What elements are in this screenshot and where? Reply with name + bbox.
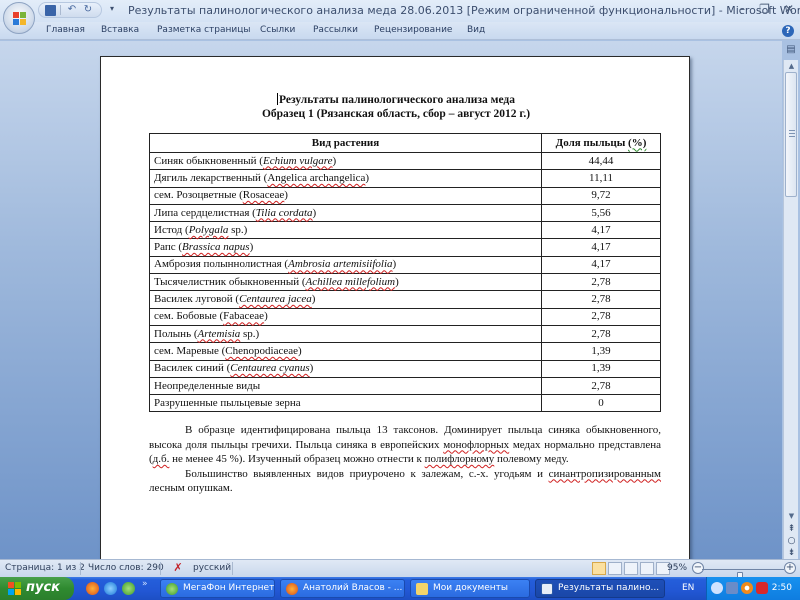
latin-name: Achillea millefolium	[306, 276, 396, 288]
body-text: В образце идентифицирована пыльца 13 так…	[149, 423, 661, 496]
zoom-out-button[interactable]: −	[692, 562, 704, 574]
folder-icon	[416, 583, 428, 595]
species-cell: Тысячелистник обыкновенный (Achillea mil…	[150, 274, 542, 291]
latin-name: Echium vulgare	[263, 155, 333, 167]
species-name: Василек синий (	[154, 362, 230, 374]
header-share: Доля пыльцы (%)	[542, 134, 661, 153]
status-separator	[160, 562, 161, 575]
table-row: Истод (Polygala sp.)4,17	[150, 222, 661, 239]
tab-references[interactable]: Ссылки	[260, 25, 295, 35]
office-logo-icon	[13, 12, 27, 26]
species-name: Амброзия полыннолистная (	[154, 258, 288, 270]
species-name: Дягиль лекарственный (	[154, 172, 267, 184]
species-suffix: )	[313, 207, 317, 219]
pollen-share-cell: 4,17	[542, 239, 661, 256]
browse-object-icon[interactable]: ○	[784, 535, 799, 547]
species-cell: сем. Маревые (Chenopodiaceae)	[150, 343, 542, 360]
pollen-table: Вид растения Доля пыльцы (%) Синяк обыкн…	[149, 133, 661, 412]
language-indicator[interactable]: русский	[193, 563, 231, 573]
taskbar-item-word-document[interactable]: Результаты палино...	[535, 579, 665, 598]
scroll-grip	[789, 130, 795, 138]
word-document-icon	[541, 583, 553, 595]
taskbar-item-my-documents[interactable]: Мои документы	[410, 579, 530, 598]
zoom-in-button[interactable]: +	[784, 562, 796, 574]
page-count[interactable]: Страница: 1 из 2	[5, 563, 85, 573]
firefox-icon[interactable]	[86, 582, 99, 595]
species-suffix: )	[250, 241, 254, 253]
outline-view-button[interactable]	[640, 562, 654, 575]
species-name: Истод (	[154, 224, 189, 236]
species-suffix: )	[264, 310, 268, 322]
table-row: Неопределенные виды2,78	[150, 377, 661, 394]
next-page-icon[interactable]: ⇟	[784, 547, 799, 559]
tab-review[interactable]: Рецензирование	[374, 25, 452, 35]
species-cell: Василек луговой (Centaurea jacea)	[150, 291, 542, 308]
customize-qat-icon[interactable]: ▾	[110, 4, 114, 13]
pollen-share-cell: 2,78	[542, 291, 661, 308]
species-cell: Амброзия полыннолистная (Ambrosia artemi…	[150, 256, 542, 273]
table-row: сем. Розоцветные (Rosaceae)9,72	[150, 187, 661, 204]
table-row: Рапс (Brassica napus)4,17	[150, 239, 661, 256]
previous-page-icon[interactable]: ⇞	[784, 523, 799, 535]
keyboard-language[interactable]: EN	[682, 583, 694, 593]
species-name: Липа сердцелистная (	[154, 207, 256, 219]
tab-insert[interactable]: Вставка	[101, 25, 139, 35]
latin-name: Artemisia	[198, 328, 241, 340]
species-name: Тысячелистник обыкновенный (	[154, 276, 306, 288]
task-label: Анатолий Власов - ...	[303, 583, 402, 593]
view-buttons	[592, 562, 670, 575]
ruler-toggle-icon[interactable]: ▤	[784, 44, 798, 58]
start-button[interactable]: пуск	[0, 577, 74, 600]
minimize-button[interactable]: –	[739, 2, 745, 16]
table-row: Синяк обыкновенный (Echium vulgare)44,44	[150, 153, 661, 170]
misspelled-word: синантропизированным	[549, 468, 661, 480]
header-share-label: Доля пыльцы	[556, 137, 628, 149]
quick-launch-more-icon[interactable]: »	[142, 579, 148, 589]
table-row: Тысячелистник обыкновенный (Achillea mil…	[150, 274, 661, 291]
web-layout-view-button[interactable]	[624, 562, 638, 575]
species-name: Рапс (	[154, 241, 182, 253]
pollen-share-cell: 1,39	[542, 343, 661, 360]
latin-name: Ambrosia artemisiifolia	[288, 258, 392, 270]
tab-mailings[interactable]: Рассылки	[313, 25, 358, 35]
pollen-table-body: Синяк обыкновенный (Echium vulgare)44,44…	[150, 153, 661, 412]
window-controls: – ❐ ✕	[739, 2, 794, 16]
pollen-share-cell: 0	[542, 395, 661, 412]
undo-icon[interactable]: ↶	[65, 4, 79, 16]
status-separator	[232, 562, 233, 575]
redo-icon[interactable]: ↻	[81, 4, 95, 16]
table-row: Полынь (Artemisia sp.)2,78	[150, 325, 661, 342]
print-layout-view-button[interactable]	[592, 562, 606, 575]
windows-flag-icon	[8, 582, 22, 595]
header-species: Вид растения	[150, 134, 542, 153]
tab-page-layout[interactable]: Разметка страницы	[157, 25, 251, 35]
taskbar-item-firefox[interactable]: Анатолий Власов - ...	[280, 579, 405, 598]
document-page[interactable]: Результаты палинологического анализа мед…	[100, 56, 690, 560]
help-icon[interactable]: ?	[782, 25, 794, 37]
system-tray: 2:50	[706, 577, 800, 600]
latin-name: Angelica archangelica	[267, 172, 365, 184]
restore-button[interactable]: ❐	[759, 2, 770, 16]
document-title: Результаты палинологического анализа мед…	[101, 93, 691, 107]
full-screen-reading-view-button[interactable]	[608, 562, 622, 575]
task-label: Результаты палино...	[558, 583, 659, 593]
firefox-icon	[286, 583, 298, 595]
pollen-share-cell: 4,17	[542, 256, 661, 273]
species-cell: сем. Бобовые (Fabaceae)	[150, 308, 542, 325]
species-cell: сем. Розоцветные (Rosaceae)	[150, 187, 542, 204]
table-row: Разрушенные пыльцевые зерна0	[150, 395, 661, 412]
species-suffix: )	[298, 345, 302, 357]
species-cell: Неопределенные виды	[150, 377, 542, 394]
megafon-icon	[166, 583, 178, 595]
internet-explorer-icon[interactable]	[104, 582, 117, 595]
latin-name: Brassica napus	[182, 241, 250, 253]
species-cell: Разрушенные пыльцевые зерна	[150, 395, 542, 412]
species-cell: Рапс (Brassica napus)	[150, 239, 542, 256]
species-suffix: )	[393, 258, 397, 270]
status-bar: Страница: 1 из 2 Число слов: 290 ✗ русск…	[0, 559, 800, 577]
misspelled-word: монофлорных	[443, 439, 509, 451]
misspelled-word: д.б.	[153, 453, 170, 465]
pollen-share-cell: 2,78	[542, 308, 661, 325]
species-suffix: )	[395, 276, 399, 288]
table-row: Василек луговой (Centaurea jacea)2,78	[150, 291, 661, 308]
taskbar-item-megafon[interactable]: МегаФон Интернет	[160, 579, 275, 598]
pollen-share-cell: 9,72	[542, 187, 661, 204]
species-name: Неопределенные виды	[154, 380, 260, 392]
latin-name: Rosaceae	[243, 189, 285, 201]
pollen-share-cell: 4,17	[542, 222, 661, 239]
tray-expand-icon[interactable]	[711, 582, 723, 594]
species-name: Полынь (	[154, 328, 198, 340]
office-button[interactable]	[3, 2, 35, 34]
tab-view[interactable]: Вид	[467, 25, 485, 35]
species-suffix: )	[333, 155, 337, 167]
avast-icon[interactable]	[741, 582, 753, 594]
latin-name: Polygala	[189, 224, 229, 236]
header-share-unit: (%)	[628, 137, 646, 149]
pollen-share-cell: 2,78	[542, 274, 661, 291]
title-line-1: Результаты палинологического анализа мед…	[279, 94, 515, 106]
close-button[interactable]: ✕	[784, 2, 794, 16]
document-subtitle: Образец 1 (Рязанская область, сбор – авг…	[101, 107, 691, 121]
save-icon[interactable]	[45, 5, 56, 16]
pollen-share-cell: 2,78	[542, 325, 661, 342]
task-label: МегаФон Интернет	[183, 583, 274, 593]
species-suffix: )	[312, 293, 316, 305]
text-cursor	[277, 93, 278, 105]
proofing-error-icon[interactable]: ✗	[170, 561, 186, 575]
species-name: сем. Маревые (	[154, 345, 225, 357]
pollen-share-cell: 11,11	[542, 170, 661, 187]
latin-name: Chenopodiaceae	[225, 345, 298, 357]
scroll-thumb[interactable]	[785, 72, 797, 197]
latin-name: Centaurea jacea	[239, 293, 312, 305]
window-title: Результаты палинологического анализа мед…	[128, 4, 800, 17]
species-name: сем. Бобовые (	[154, 310, 223, 322]
species-cell: Полынь (Artemisia sp.)	[150, 325, 542, 342]
species-name: сем. Розоцветные (	[154, 189, 243, 201]
species-suffix: sp.)	[228, 224, 247, 236]
pollen-share-cell: 5,56	[542, 204, 661, 221]
table-row: Амброзия полыннолистная (Ambrosia artemi…	[150, 256, 661, 273]
task-label: Мои документы	[433, 583, 508, 593]
species-suffix: )	[284, 189, 288, 201]
start-label: пуск	[26, 580, 60, 595]
latin-name: Tilia cordata	[256, 207, 313, 219]
species-suffix: sp.)	[240, 328, 259, 340]
species-suffix: )	[310, 362, 314, 374]
pollen-share-cell: 2,78	[542, 377, 661, 394]
latin-name: Fabaceae	[223, 310, 264, 322]
paragraph-2: Большинство выявленных видов приурочено …	[149, 467, 661, 496]
species-cell: Василек синий (Centaurea cyanus)	[150, 360, 542, 377]
species-cell: Дягиль лекарственный (Angelica archangel…	[150, 170, 542, 187]
word-count[interactable]: Число слов: 290	[88, 563, 164, 573]
scroll-down-arrow[interactable]: ▼	[784, 510, 799, 522]
scroll-up-arrow[interactable]: ▲	[784, 60, 799, 72]
table-row: Липа сердцелистная (Tilia cordata)5,56	[150, 204, 661, 221]
title-bar: ↶ ↻ ▾ Результаты палинологического анали…	[0, 0, 800, 22]
megafon-icon[interactable]	[122, 582, 135, 595]
species-name: Синяк обыкновенный (	[154, 155, 263, 167]
zoom-level[interactable]: 95%	[667, 563, 687, 573]
network-icon[interactable]	[726, 582, 738, 594]
pollen-share-cell: 1,39	[542, 360, 661, 377]
table-row: сем. Бобовые (Fabaceae)2,78	[150, 308, 661, 325]
clock: 2:50	[772, 583, 792, 593]
taskbar: пуск » МегаФон Интернет Анатолий Власов …	[0, 577, 800, 600]
species-cell: Липа сердцелистная (Tilia cordata)	[150, 204, 542, 221]
status-separator	[80, 562, 81, 575]
table-row: Василек синий (Centaurea cyanus)1,39	[150, 360, 661, 377]
paragraph-1: В образце идентифицирована пыльца 13 так…	[149, 423, 661, 467]
table-row: Дягиль лекарственный (Angelica archangel…	[150, 170, 661, 187]
vertical-scrollbar[interactable]: ▲ ▼ ⇞ ○ ⇟	[783, 60, 798, 559]
species-cell: Синяк обыкновенный (Echium vulgare)	[150, 153, 542, 170]
pollen-share-cell: 44,44	[542, 153, 661, 170]
species-name: Василек луговой (	[154, 293, 239, 305]
table-row: сем. Маревые (Chenopodiaceae)1,39	[150, 343, 661, 360]
table-header-row: Вид растения Доля пыльцы (%)	[150, 134, 661, 153]
species-suffix: )	[365, 172, 369, 184]
ribbon-tabs: Главная Вставка Разметка страницы Ссылки…	[0, 22, 800, 40]
misspelled-word: полифлорному	[425, 453, 495, 465]
quick-access-toolbar: ↶ ↻	[38, 2, 102, 18]
qat-separator	[60, 5, 61, 15]
zoom-slider[interactable]	[702, 569, 784, 570]
species-name: Разрушенные пыльцевые зерна	[154, 397, 301, 409]
species-cell: Истод (Polygala sp.)	[150, 222, 542, 239]
tab-home[interactable]: Главная	[46, 25, 85, 35]
latin-name: Centaurea cyanus	[230, 362, 309, 374]
security-shield-icon[interactable]	[756, 582, 768, 594]
